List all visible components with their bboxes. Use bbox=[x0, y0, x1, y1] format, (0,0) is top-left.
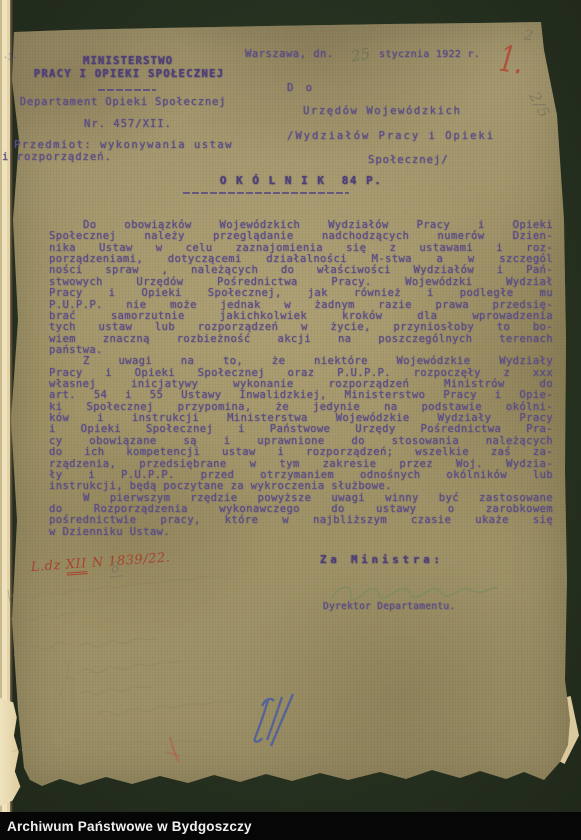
red-registry-reference: L.dzXIIN 1839/22. bbox=[2, 535, 177, 592]
body-line: instrukcji, będą poczytane za wykroczeni… bbox=[49, 481, 553, 492]
archive-watermark-bar: Archiwum Państwowe w Bydgoszczy bbox=[0, 812, 581, 840]
letterhead-ministry-line2: PRACY I OPIEKI SPOŁECZNEJ bbox=[20, 69, 238, 80]
letterhead-ministry-line1: MINISTERSTWO bbox=[38, 56, 218, 67]
date-place-prefix: Warszawa, dn. bbox=[245, 49, 334, 60]
ref-part-1: L.dz bbox=[30, 558, 61, 575]
handwritten-day: 25 bbox=[350, 44, 372, 65]
letterhead-ref-number: Nr. 457/XII. bbox=[84, 119, 172, 130]
corner-pencil-fraction: 2/5 bbox=[525, 89, 554, 121]
letterhead-department: Departament Opieki Społecznej bbox=[12, 97, 234, 108]
subject-line1: Przedmiot: wykonywania ustaw bbox=[14, 140, 233, 151]
ref-part-2: XII bbox=[65, 556, 87, 575]
letterhead-divider bbox=[98, 89, 156, 91]
signature-role: Dyrektor Departamentu. bbox=[323, 601, 455, 612]
title-underline bbox=[183, 192, 349, 194]
body-line: Pracy i Opieki Społecznej, jak również i… bbox=[49, 288, 553, 299]
ref-part-3: N 1839/22. bbox=[91, 550, 171, 570]
body-line: tych ustaw lub rozporządzeń w życie, prz… bbox=[49, 322, 553, 333]
subject-line2: i rozporządzeń. bbox=[2, 152, 112, 163]
archive-name: Archiwum Państwowe w Bydgoszczy bbox=[0, 819, 252, 834]
body-line: Społecznej należy przeglądanie nadchodzą… bbox=[49, 231, 553, 242]
body-text: Do obowiązków Wojewódzkich Wydziałów Pra… bbox=[49, 220, 553, 538]
archival-document-scan: .j. Warszawa, dn. 25 stycznia 1922 r. 2 … bbox=[0, 0, 581, 840]
addressee-line3: Społecznej/ bbox=[368, 155, 449, 166]
body-line: Z uwagi na to, że niektóre Wojewódzkie W… bbox=[49, 356, 553, 367]
addressee-line1: Urzędów Wojewódzkich bbox=[303, 106, 461, 117]
circular-title: O K Ó L N I K 84 P. bbox=[186, 175, 416, 186]
addressee-line2: /Wydziałów Pracy i Opieki bbox=[287, 131, 495, 142]
addressee-to: D o bbox=[287, 83, 315, 94]
pencil-number: 8 bbox=[108, 559, 123, 577]
date-suffix: stycznia 1922 r. bbox=[379, 49, 480, 60]
corner-red-number: 1. bbox=[496, 39, 526, 83]
margin-fragment: .j. bbox=[3, 50, 17, 61]
signature-for-minister: Za Ministra: bbox=[320, 555, 444, 566]
typed-content-layer: .j. Warszawa, dn. 25 stycznia 1922 r. 2 … bbox=[0, 0, 581, 840]
body-line: w Dzienniku Ustaw. bbox=[49, 527, 553, 538]
body-line: wiem znaczną rozbieżność akcji na poszcz… bbox=[49, 334, 553, 345]
body-line: pośrednictwie pracy, które w najbliższym… bbox=[49, 515, 553, 526]
body-line: do ich kompetencji ustaw i rozporządzeń;… bbox=[49, 447, 553, 458]
